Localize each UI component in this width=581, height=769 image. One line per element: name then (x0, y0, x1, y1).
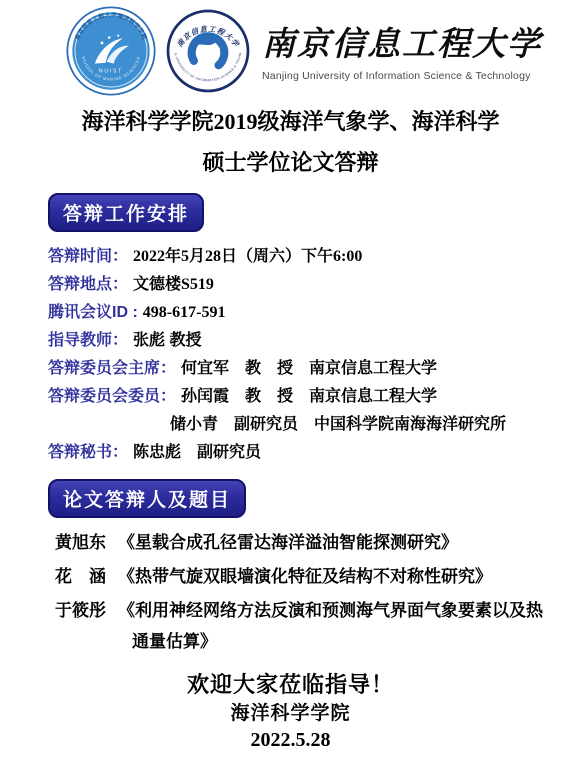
page-title-line1: 海洋科学学院2019级海洋气象学、海洋科学 (0, 101, 581, 142)
schedule-label: 答辩委员会委员： (48, 386, 176, 407)
defender-name: 黄旭东 (55, 527, 118, 558)
schedule-row-secretary: 答辩秘书： 陈忠彪 副研究员 (48, 442, 553, 463)
university-wordmark: 南京信息工程大学 Nanjing University of Informati… (262, 18, 574, 82)
schedule-value: 文德楼S519 (133, 274, 214, 295)
defender-row: 于筱彤 《利用神经网络方法反演和预测海气界面气象要素以及热通量估算》 (55, 595, 555, 657)
footer-date: 2022.5.28 (0, 727, 581, 754)
nuist-seal-icon: 南京信息工程大学 1960 NANJING UNIVERSITY OF INFO… (165, 8, 251, 94)
defenders-section-badge: 论文答辩人及题目 (48, 479, 246, 518)
schedule-value: 孙闰霞 教 授 南京信息工程大学 (181, 386, 437, 407)
schedule-label: 答辩时间： (48, 246, 128, 267)
defender-thesis-title: 《热带气旋双眼墙演化特征及结构不对称性研究》 (118, 561, 555, 592)
defender-name: 花 涵 (55, 561, 118, 592)
nuist-seal-year-text: 1960 (201, 67, 215, 73)
schedule-value: 2022年5月28日（周六）下午6:00 (133, 246, 362, 267)
schedule-row-time: 答辩时间： 2022年5月28日（周六）下午6:00 (48, 246, 553, 267)
schedule-row-advisor: 指导教师： 张彪 教授 (48, 330, 553, 351)
schedule-label: 答辩秘书： (48, 442, 128, 463)
schedule-label: 答辩委员会主席： (48, 358, 176, 379)
schedule-label: 腾讯会议ID : (48, 302, 138, 323)
schedule-value: 陈忠彪 副研究员 (133, 442, 261, 463)
defender-thesis-title: 《星载合成孔径雷达海洋溢油智能探测研究》 (118, 527, 555, 558)
defender-row: 花 涵 《热带气旋双眼墙演化特征及结构不对称性研究》 (55, 561, 555, 592)
nuist-seal-logo: 南京信息工程大学 1960 NANJING UNIVERSITY OF INFO… (165, 8, 251, 94)
page-title: 海洋科学学院2019级海洋气象学、海洋科学 硕士学位论文答辩 (0, 101, 581, 183)
marine-seal-nuist-text: NUIST (99, 69, 123, 75)
university-wordmark-cn: 南京信息工程大学 (262, 18, 574, 65)
page-title-line2: 硕士学位论文答辩 (0, 142, 581, 183)
schedule-value: 储小青 副研究员 中国科学院南海海洋研究所 (170, 414, 506, 435)
schedule-list: 答辩时间： 2022年5月28日（周六）下午6:00 答辩地点： 文德楼S519… (48, 246, 553, 470)
schedule-value: 张彪 教授 (133, 330, 201, 351)
schedule-row-member-1: 答辩委员会委员： 孙闰霞 教 授 南京信息工程大学 (48, 386, 553, 407)
schedule-section-badge: 答辩工作安排 (48, 193, 204, 232)
footer-welcome-text: 欢迎大家莅临指导！ (0, 670, 581, 700)
marine-school-seal-icon: 南京信息工程大学海洋科学学院 NUIST SCHOOL OF MARINE SC… (66, 6, 156, 96)
footer-organization: 海洋科学学院 (0, 700, 581, 727)
schedule-row-member-2: 储小青 副研究员 中国科学院南海海洋研究所 (48, 414, 553, 435)
schedule-row-meeting-id: 腾讯会议ID : 498-617-591 (48, 302, 553, 323)
schedule-value: 何宜军 教 授 南京信息工程大学 (181, 358, 437, 379)
defenders-list: 黄旭东 《星载合成孔径雷达海洋溢油智能探测研究》 花 涵 《热带气旋双眼墙演化特… (55, 527, 555, 660)
schedule-value: 498-617-591 (143, 302, 226, 323)
announcement-poster: 南京信息工程大学海洋科学学院 NUIST SCHOOL OF MARINE SC… (0, 0, 581, 769)
university-wordmark-en: Nanjing University of Information Scienc… (262, 70, 574, 82)
defender-name: 于筱彤 (55, 595, 118, 657)
schedule-row-chair: 答辩委员会主席： 何宜军 教 授 南京信息工程大学 (48, 358, 553, 379)
schedule-label: 指导教师： (48, 330, 128, 351)
defender-thesis-title: 《利用神经网络方法反演和预测海气界面气象要素以及热通量估算》 (118, 595, 555, 657)
marine-school-seal-logo: 南京信息工程大学海洋科学学院 NUIST SCHOOL OF MARINE SC… (66, 6, 156, 96)
schedule-label: 答辩地点： (48, 274, 128, 295)
defender-row: 黄旭东 《星载合成孔径雷达海洋溢油智能探测研究》 (55, 527, 555, 558)
footer: 欢迎大家莅临指导！ 海洋科学学院 2022.5.28 (0, 670, 581, 754)
schedule-row-place: 答辩地点： 文德楼S519 (48, 274, 553, 295)
